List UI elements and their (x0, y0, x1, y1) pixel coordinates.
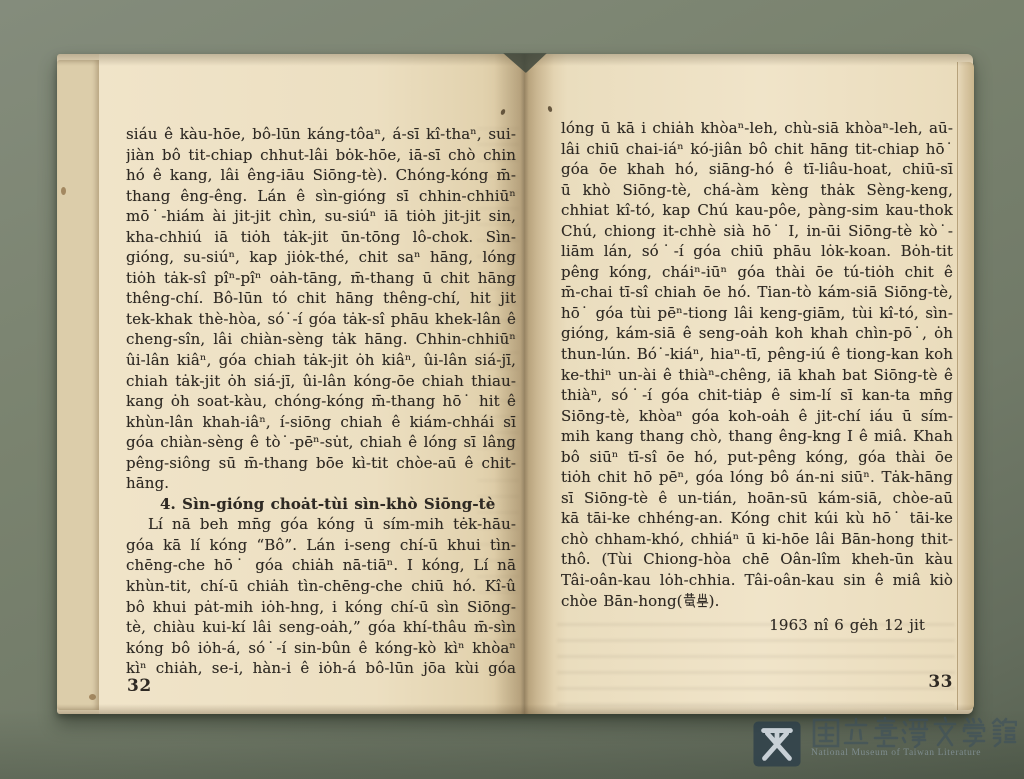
text-line: gióng, su-siúⁿ, kap jiȯk-thé, chit saⁿ h… (126, 247, 516, 268)
text-line: mih kang thang chò, thang êng-kng I ê mi… (561, 426, 953, 447)
text-line: m̄-chai tī-sî chiah ōe hó. Tian-tò kám-s… (561, 282, 953, 303)
text-line: chhiat kî-tó, kap Chú kau-pôe, pàng-sim … (561, 200, 953, 221)
text-line: pêng-siông sū m̄-thang bōe kì-tit chòe-a… (126, 453, 516, 474)
text-line: pêng kóng, cháiⁿ-iūⁿ góa thài ōe tú-tiȯh… (561, 262, 953, 283)
text-line: Siōng-tè, khòaⁿ góa koh-oȧh ê jit-chí iá… (561, 406, 953, 427)
text-line: kha-chhiú iā tiȯh tȧk-jit ūn-tōng lô-cho… (126, 227, 516, 248)
text-line: mō˙-hiám ài jit-jit chìn, su-siúⁿ iā tiȯ… (126, 206, 516, 227)
text-line: kang ȯh soat-kàu, chóng-kóng m̄-thang hō… (126, 391, 516, 412)
text-line: chò chham-khó, chhiáⁿ ū ki-hōe lâi Bān-h… (561, 529, 953, 550)
paper-stain (89, 694, 96, 700)
text-line: thô. (Tùi Chiong-hòa chē Oân-lîm kheh-ūn… (561, 549, 953, 570)
text-line: khùn-tit, chí-ū chiȧh tìn-chēng-che chiū… (126, 576, 516, 597)
ban-hong-prefix: chòe Bān-hong( (561, 592, 683, 610)
text-line: kìⁿ chiȧh, se-i, hàn-i ê iȯh-á bô-lūn jō… (126, 658, 516, 679)
text-line: sī Siōng-tè ê un-tián, hoān-sū kám-siā, … (561, 488, 953, 509)
han-glyph-hong (696, 593, 709, 608)
page-stack-edge-right (957, 62, 974, 710)
text-line: góa ōe khah hó, siāng-hó ê tī-liâu-hoat,… (561, 159, 953, 180)
text-line: tiȯh chit hō pēⁿ, góa lóng bô án-ni siūⁿ… (561, 467, 953, 488)
text-line: gióng, kám-siā ê seng-oȧh koh khah chìn-… (561, 323, 953, 344)
ban-hong-suffix: ). (709, 592, 720, 610)
text-line: chiah tȧk-jit ȯh siá-jī, ûi-lân kóng-ōe … (126, 371, 516, 392)
text-line: góa kā lí kóng “Bô”. Lán i-seng chí-ū kh… (126, 535, 516, 556)
text-line: hāng. (126, 473, 516, 494)
text-line: thun-lún. Bó˙-kiáⁿ, hiaⁿ-tī, pêng-iú ê t… (561, 344, 953, 365)
text-line: hō˙ góa tùi pēⁿ-tiong lâi keng-giām, tùi… (561, 303, 953, 324)
text-line: kā tāi-ke chhéng-an. Kóng chit kúi kù hō… (561, 508, 953, 529)
text-line: góa chiàn-sèng ê tò˙-pēⁿ-su̇t, chiah ê l… (126, 432, 516, 453)
text-line: khùn-lân khah-iâⁿ, í-siōng chiah ê kiám-… (126, 412, 516, 433)
museum-name-zh-strokes (811, 716, 1017, 750)
page-number-left: 32 (127, 676, 152, 696)
text-line: hó ê kang, lâi êng-iāu Siōng-tè). Chóng-… (126, 165, 516, 186)
museum-logo-icon (752, 720, 802, 768)
text-line: bô khui pȧt-mih iȯh-hng, i kóng chí-ū sì… (126, 597, 516, 618)
text-line: tiȯh tȧk-sî pîⁿ-pîⁿ oȧh-tāng, m̄-thang ū… (126, 268, 516, 289)
text-line: lâi chiū chai-iáⁿ kó-jiân bô chit hāng t… (561, 139, 953, 160)
text-line: cheng-sîn, lâi chiàn-sèng tȧk hāng. Chhi… (126, 329, 516, 350)
museum-name-en: National Museum of Taiwan Literature (811, 748, 1017, 758)
page-number-right: 33 (561, 672, 997, 692)
text-line: Lí nā beh mn̄g góa kóng ū sím-mih tėk-hā… (126, 514, 516, 535)
page-stack-edge-left (57, 60, 99, 710)
paper-stain (61, 187, 66, 195)
text-line: tè, chiàu kui-kí lâi seng-oȧh,” góa khí-… (126, 617, 516, 638)
text-line: 4. Sìn-gióng choȧt-tùi sìn-khò Siōng-tè (126, 494, 516, 515)
text-line: Chú, chiong it-chhè sià hō˙ I, in-ūi Siō… (561, 221, 953, 242)
han-characters (683, 592, 709, 610)
date-line: 1963 nî 6 gėh 12 jit (561, 615, 953, 636)
text-line-ban-hong: chòe Bān-hong(). (561, 591, 953, 612)
text-line: ûi-lân kiâⁿ, góa chiah tȧk-jit ȯh kiâⁿ, … (126, 350, 516, 371)
text-line: lóng ū kā i chiȧh khòaⁿ-leh, chù-siā khò… (561, 118, 953, 139)
text-line: jiàn bô tit-chiap chhut-lâi bȯk-hōe, iā-… (126, 145, 516, 166)
text-line: liām lán, só˙-í góa chiū phāu lȯk-koan. … (561, 241, 953, 262)
text-line: thiàⁿ, só˙-í góa chit-tiȧp ê sim-lí sī k… (561, 385, 953, 406)
museum-watermark: National Museum of Taiwan Literature (752, 716, 1024, 779)
text-line: chēng-che hō˙ góa chiȧh nā-tiāⁿ. I kóng,… (126, 555, 516, 576)
left-page-text: siáu ê kàu-hōe, bô-lūn káng-tôaⁿ, á-sī k… (126, 124, 516, 679)
text-line: thêng-chí. Bô-lūn tó chit hāng thêng-chí… (126, 288, 516, 309)
scanned-book-photo: { "scene": { "background_hex": "#77806F"… (0, 0, 1024, 779)
text-line: kóng bô iȯh-á, só˙-í sin-bûn ê kóng-kò k… (126, 638, 516, 659)
text-line: bô siūⁿ tī-sî ōe hó, put-pêng kóng, góa … (561, 447, 953, 468)
text-line: thang êng-êng. Lán ê sìn-gióng sī chhin-… (126, 186, 516, 207)
open-book: siáu ê kàu-hōe, bô-lūn káng-tôaⁿ, á-sī k… (57, 54, 973, 714)
museum-watermark-text: National Museum of Taiwan Literature (811, 716, 1017, 758)
han-glyph-ban (683, 593, 696, 608)
text-line: ke-thiⁿ un-ài ê thiàⁿ-chêng, iā khah bat… (561, 365, 953, 386)
right-page-paragraph: lóng ū kā i chiȧh khòaⁿ-leh, chù-siā khò… (561, 118, 953, 591)
text-line: Tâi-oân-kau lȯh-chhia. Tâi-oân-kau sin ê… (561, 570, 953, 591)
text-line: siáu ê kàu-hōe, bô-lūn káng-tôaⁿ, á-sī k… (126, 124, 516, 145)
text-line: tek-khak thè-hòa, só˙-í góa tȧk-sî phāu … (126, 309, 516, 330)
right-page-text: lóng ū kā i chiȧh khòaⁿ-leh, chù-siā khò… (561, 118, 953, 636)
text-line: ū khò Siōng-tè, chá-àm kèng thȧk Sèng-ke… (561, 180, 953, 201)
